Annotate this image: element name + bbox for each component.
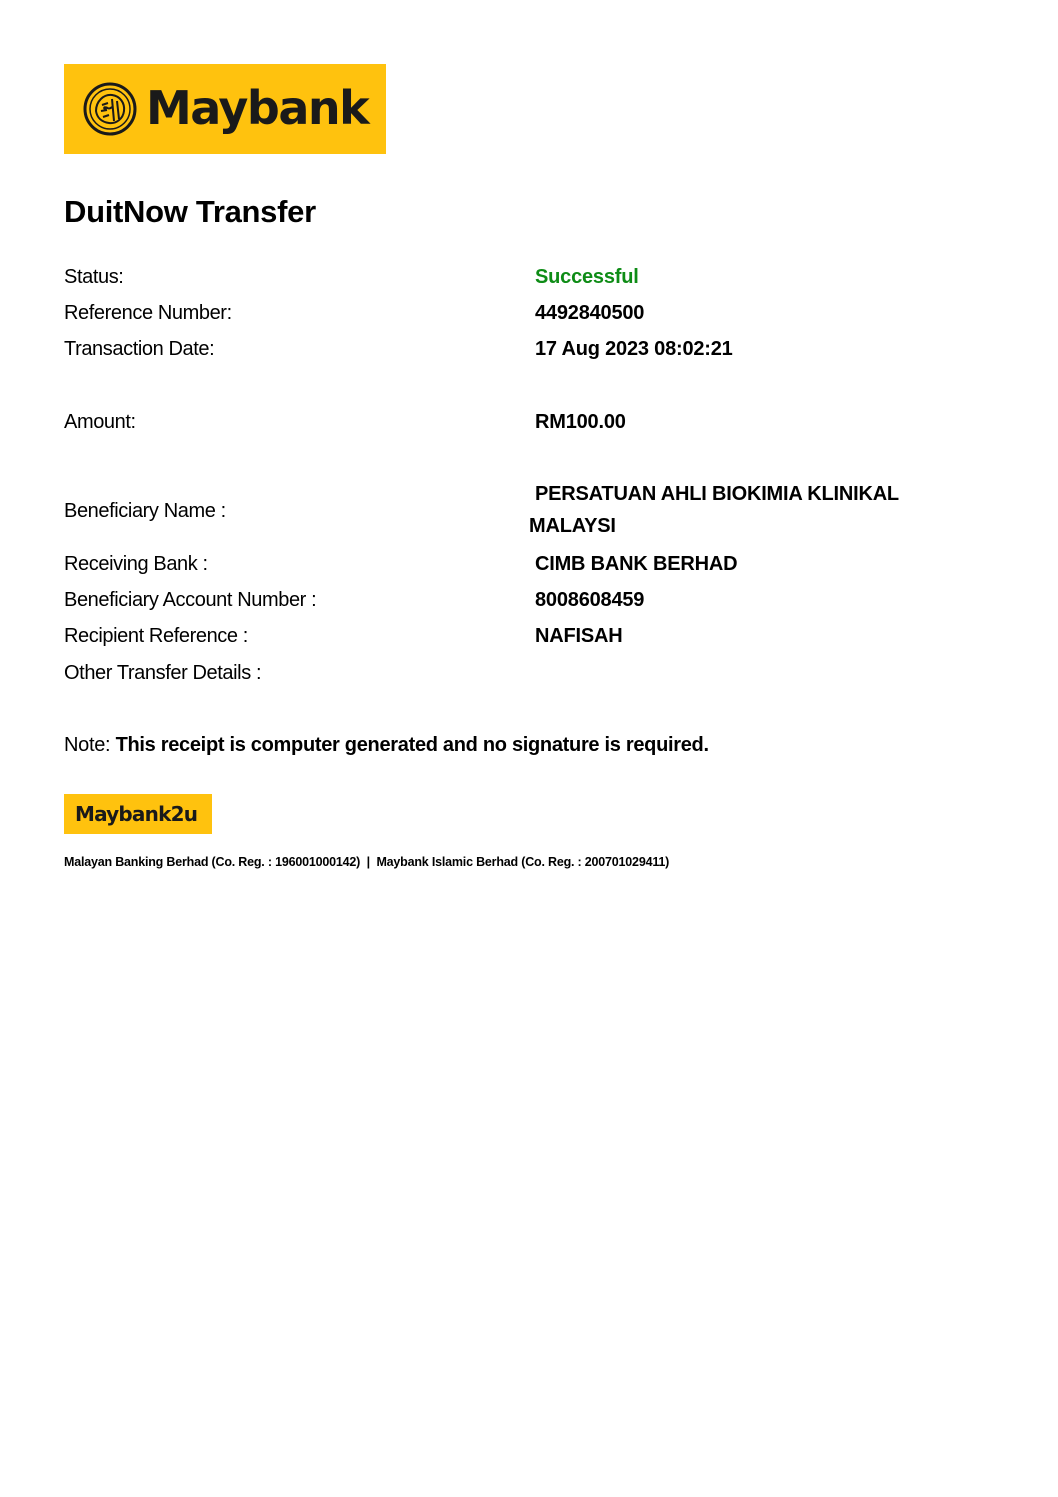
maybank-logo: Maybank [64, 64, 386, 154]
footer-legal-text: Malayan Banking Berhad (Co. Reg. : 19600… [64, 853, 669, 871]
transaction-date-label: Transaction Date: [64, 336, 214, 362]
page-title: DuitNow Transfer [64, 192, 316, 232]
recipient-reference-label: Recipient Reference : [64, 623, 248, 649]
beneficiary-name-line2: MALAYSI [529, 510, 955, 542]
beneficiary-account-label: Beneficiary Account Number : [64, 587, 316, 613]
maybank-wordmark: Maybank [146, 78, 368, 138]
other-transfer-details-label: Other Transfer Details : [64, 660, 261, 686]
beneficiary-name-value: PERSATUAN AHLI BIOKIMIA KLINIKAL MALAYSI [535, 478, 955, 542]
receipt-note: Note: This receipt is computer generated… [64, 732, 709, 758]
recipient-reference-value: NAFISAH [535, 623, 623, 649]
maybank2u-wordmark: Maybank2u [75, 800, 197, 828]
receiving-bank-value: CIMB BANK BERHAD [535, 551, 737, 577]
status-label: Status: [64, 264, 123, 290]
reference-number-value: 4492840500 [535, 300, 644, 326]
beneficiary-name-label: Beneficiary Name : [64, 498, 226, 524]
beneficiary-account-value: 8008608459 [535, 587, 644, 613]
amount-label: Amount: [64, 409, 136, 435]
amount-value: RM100.00 [535, 409, 626, 435]
note-text: This receipt is computer generated and n… [116, 734, 709, 756]
status-badge: Successful [535, 264, 639, 290]
transaction-date-value: 17 Aug 2023 08:02:21 [535, 336, 733, 362]
reference-number-label: Reference Number: [64, 300, 232, 326]
beneficiary-name-line1: PERSATUAN AHLI BIOKIMIA KLINIKAL [535, 483, 899, 505]
receiving-bank-label: Receiving Bank : [64, 551, 208, 577]
tiger-head-icon [82, 81, 138, 137]
note-prefix: Note: [64, 734, 116, 756]
maybank2u-logo: Maybank2u [64, 794, 212, 834]
